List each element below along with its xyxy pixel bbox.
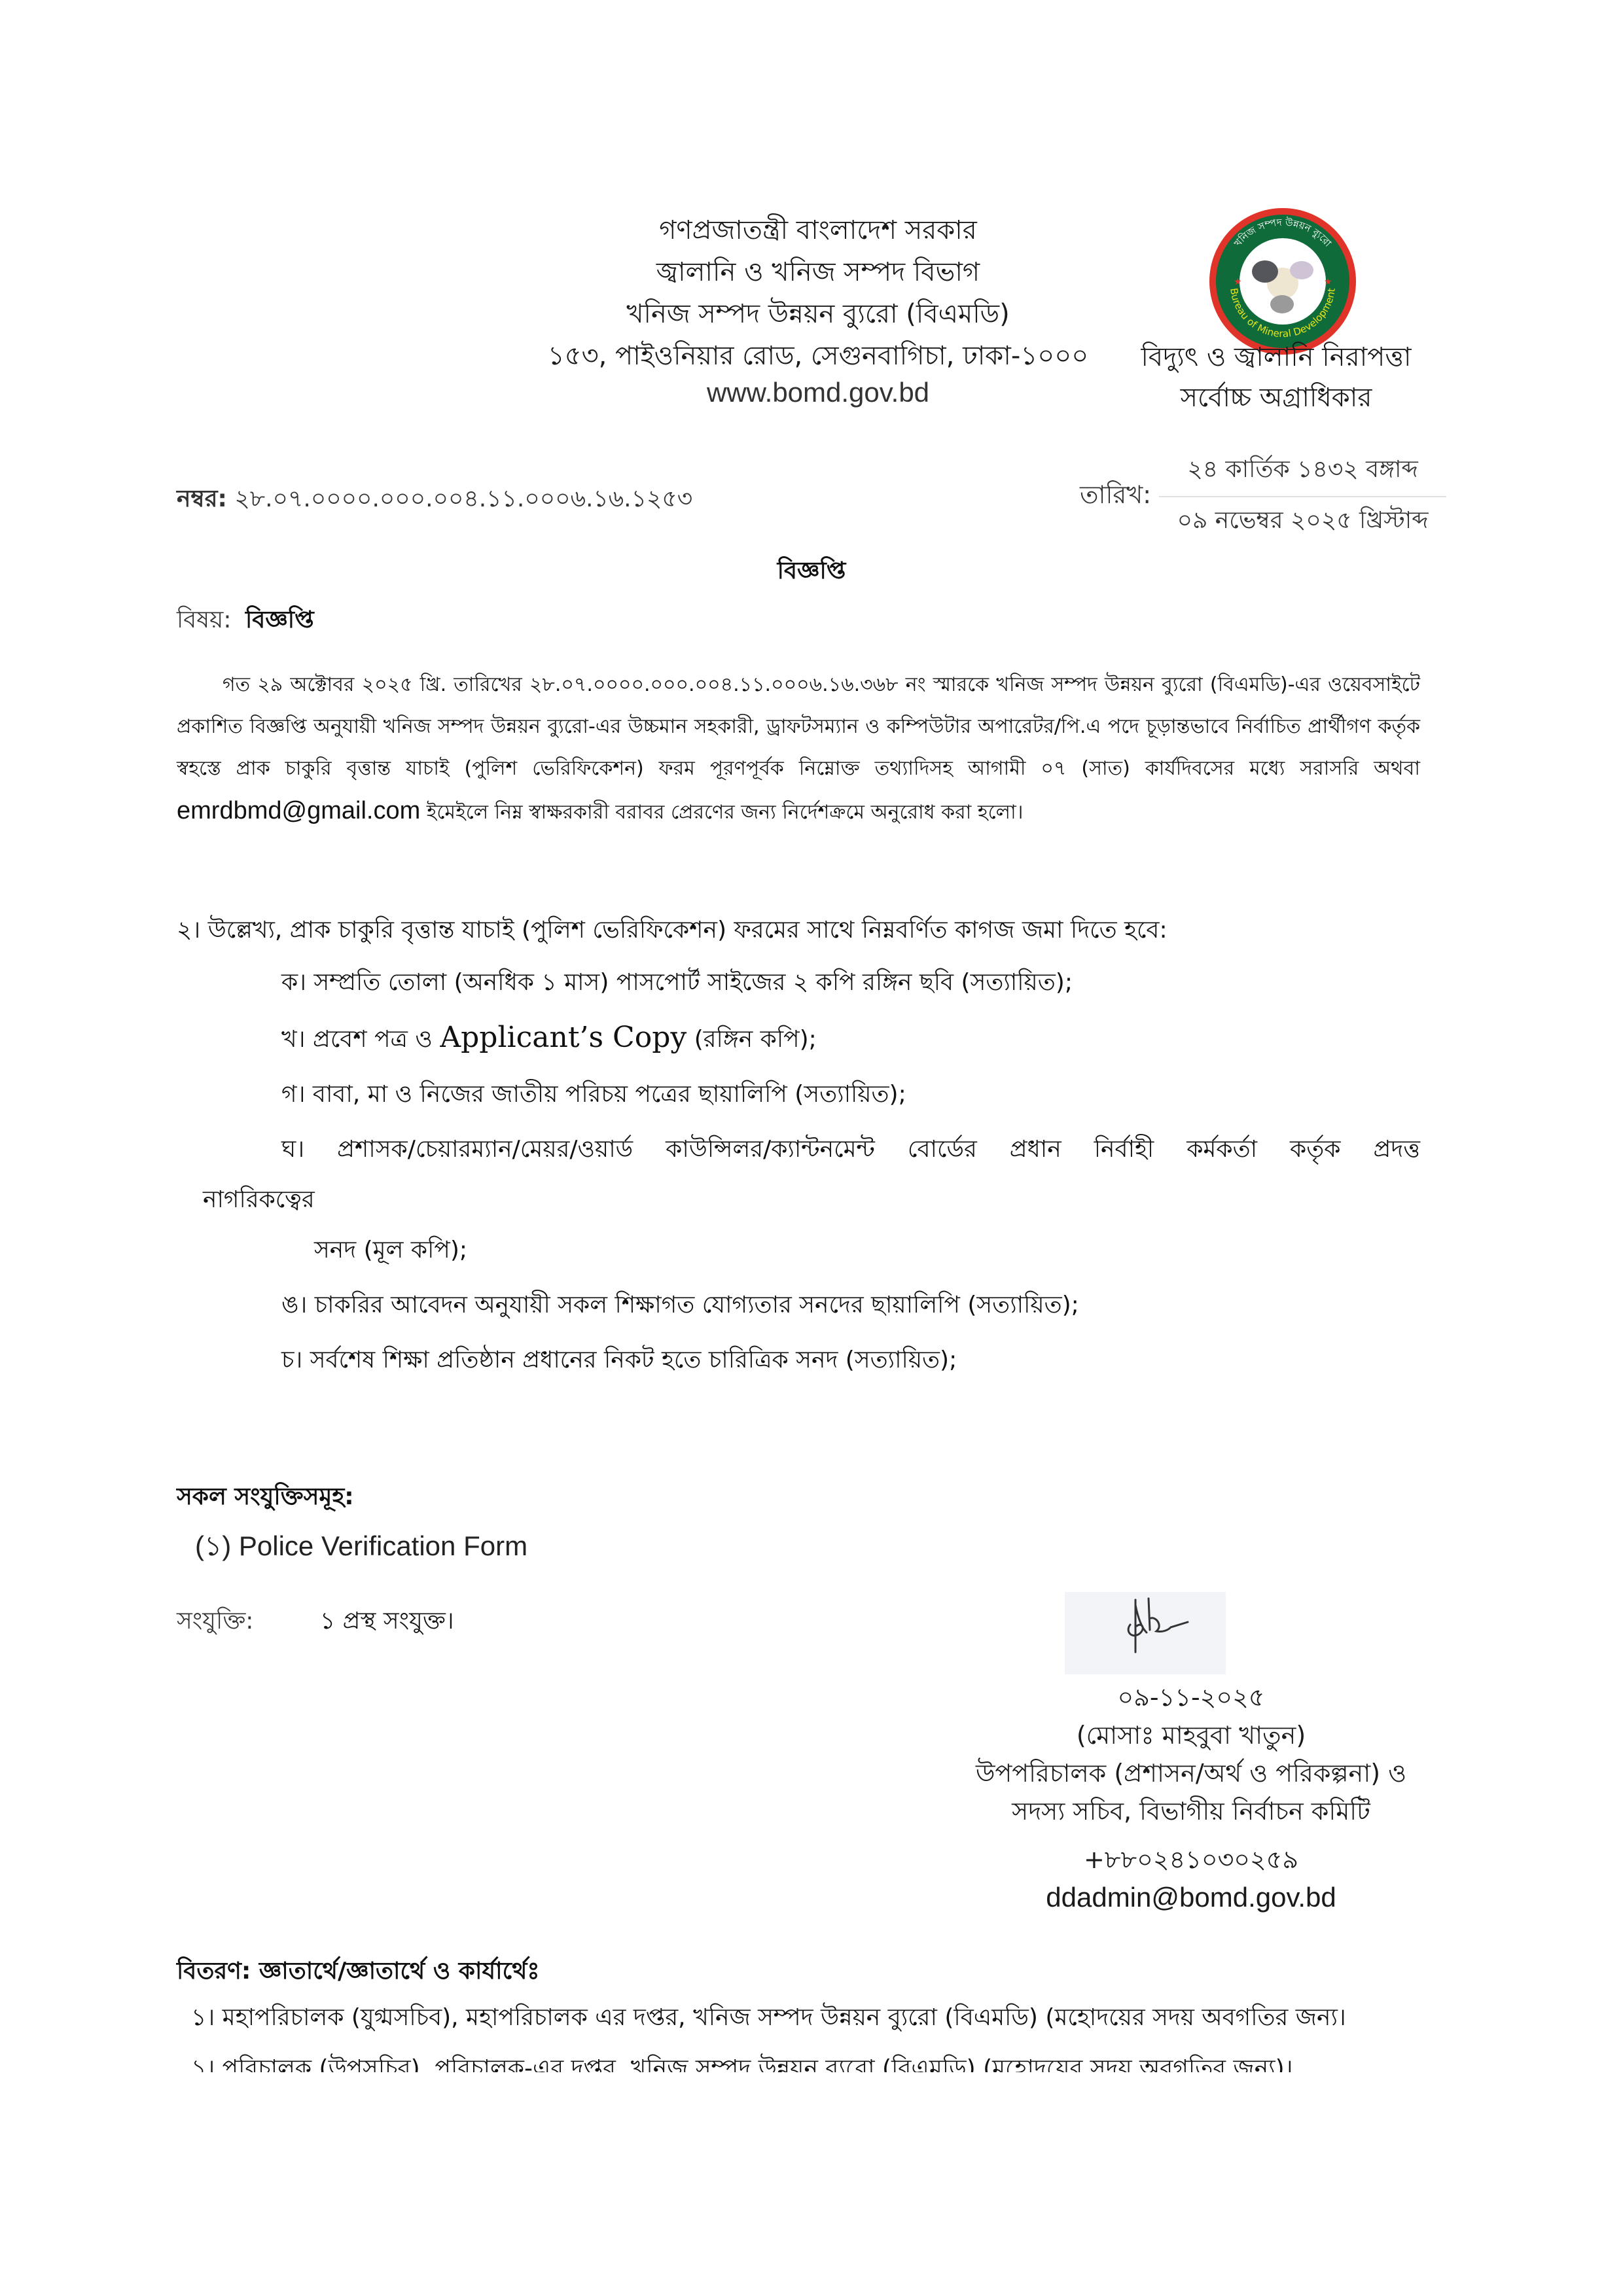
memo-number: নম্বর: ২৮.০৭.০০০০.০০০.০০৪.১১.০০০৬.১৬.১২৫… [177, 481, 692, 520]
list-item-continued: সনদ (মূল কপি); [177, 1223, 1420, 1278]
signature-date: ০৯-১১-২০২৫ [942, 1678, 1440, 1716]
distribution-item: ১। মহাপরিচালক (যুগ্মসচিব), মহাপরিচালক এর… [177, 1992, 1420, 2043]
date-gregorian: ০৯ নভেম্বর ২০২৫ খ্রিস্টাব্দ [1159, 503, 1446, 542]
signature-block: ০৯-১১-২০২৫ (মোসাঃ মাহবুবা খাতুন) উপপরিচা… [942, 1678, 1440, 1916]
list-item: ঙ। চাকরির আবেদন অনুযায়ী সকল শিক্ষাগত যো… [177, 1278, 1420, 1333]
distribution-item: ১। পরিচালক (উপসচিব), পরিচালক-এর দপ্তর, খ… [177, 2043, 1420, 2072]
distribution-heading: বিতরণ: জ্ঞাতার্থে/জ্ঞাতার্থে ও কার্যার্থ… [177, 1953, 1420, 1992]
signature-image [1065, 1592, 1226, 1674]
memo-value: ২৮.০৭.০০০০.০০০.০০৪.১১.০০০৬.১৬.১২৫৩ [234, 486, 692, 512]
subject-value: বিজ্ঞপ্তি [245, 607, 314, 633]
signatory-phone: +৮৮০২৪১০৩০২৫৯ [942, 1841, 1440, 1879]
notice-title: বিজ্ঞপ্তি [654, 553, 969, 592]
signatory-email-link[interactable]: ddadmin@bomd.gov.bd [942, 1879, 1440, 1916]
signature-icon [1065, 1592, 1226, 1674]
letterhead: গণপ্রজাতন্ত্রী বাংলাদেশ সরকার জ্বালানি ও… [510, 209, 1126, 408]
address: ১৫৩, পাইওনিয়ার রোড, সেগুনবাগিচা, ঢাকা-১… [510, 335, 1126, 377]
date-label: তারিখ: [1080, 476, 1151, 518]
date-divider [1159, 496, 1446, 497]
svg-text:★: ★ [1234, 277, 1242, 287]
website-link[interactable]: www.bomd.gov.bd [510, 377, 1126, 408]
date-bangla: ২৪ কার্তিক ১৪৩২ বঙ্গাব্দ [1159, 451, 1446, 491]
tagline-line1: বিদ্যুৎ ও জ্বালানি নিরাপত্তা [1113, 337, 1440, 378]
list-item-continued: নাগরিকত্বের [177, 1177, 1420, 1223]
body-paragraph-2: ২। উল্লেখ্য, প্রাক চাকুরি বৃত্তান্ত যাচা… [177, 903, 1168, 958]
attachments-section: সকল সংযুক্তিসমূহ: (১) Police Verificatio… [177, 1479, 527, 1571]
subject-label: বিষয়: [177, 607, 232, 633]
subject-line: বিষয়: বিজ্ঞপ্তি [177, 602, 314, 641]
tagline-line2: সর্বোচ্চ অগ্রাধিকার [1113, 378, 1440, 418]
distribution-section: বিতরণ: জ্ঞাতার্থে/জ্ঞাতার্থে ও কার্যার্থ… [177, 1953, 1420, 2072]
bmd-logo: ★ ★ Bureau of Mineral Development খনিজ স… [1207, 206, 1358, 357]
list-item: খ। প্রবেশ পত্র ও Applicant’s Copy (রঙ্গি… [177, 1010, 1420, 1067]
signatory-designation: উপপরিচালক (প্রশাসন/অর্থ ও পরিকল্পনা) ও [942, 1754, 1440, 1792]
date-block: তারিখ: ২৪ কার্তিক ১৪৩২ বঙ্গাব্দ ০৯ নভেম্… [1080, 451, 1446, 542]
list-item: চ। সর্বশেষ শিক্ষা প্রতিষ্ঠান প্রধানের নি… [177, 1333, 1420, 1388]
svg-text:★: ★ [1324, 277, 1332, 287]
signatory-committee: সদস্য সচিব, বিভাগীয় নির্বাচন কমিটি [942, 1792, 1440, 1830]
required-documents-list: ক। সম্প্রতি তোলা (অনধিক ১ মাস) পাসপোর্ট … [177, 955, 1420, 1388]
memo-label: নম্বর: [177, 486, 227, 512]
govt-name: গণপ্রজাতন্ত্রী বাংলাদেশ সরকার [510, 209, 1126, 251]
signatory-name: (মোসাঃ মাহবুবা খাতুন) [942, 1716, 1440, 1754]
enclosure-line: সংযুক্তি: ১ প্রস্থ সংযুক্ত। [177, 1603, 454, 1642]
attachments-heading: সকল সংযুক্তিসমূহ: [177, 1479, 527, 1518]
list-item: ঘ। প্রশাসক/চেয়ারম্যান/মেয়র/ওয়ার্ড কাউ… [177, 1122, 1420, 1177]
attachment-link[interactable]: (১) Police Verification Form [195, 1525, 527, 1571]
bmd-emblem-icon: ★ ★ Bureau of Mineral Development খনিজ স… [1207, 206, 1358, 357]
tagline: বিদ্যুৎ ও জ্বালানি নিরাপত্তা সর্বোচ্চ অগ… [1113, 337, 1440, 418]
enclosure-label: সংযুক্তি: [177, 1608, 253, 1634]
bureau-name: খনিজ সম্পদ উন্নয়ন ব্যুরো (বিএমডি) [510, 293, 1126, 335]
body-paragraph-1: গত ২৯ অক্টোবর ২০২৫ খ্রি. তারিখের ২৮.০৭.০… [177, 664, 1420, 834]
list-item: ক। সম্প্রতি তোলা (অনধিক ১ মাস) পাসপোর্ট … [177, 955, 1420, 1010]
list-item: গ। বাবা, মা ও নিজের জাতীয় পরিচয় পত্রের… [177, 1067, 1420, 1122]
division-name: জ্বালানি ও খনিজ সম্পদ বিভাগ [510, 251, 1126, 293]
contact-email-link[interactable]: emrdbmd@gmail.com [177, 797, 420, 824]
enclosure-value: ১ প্রস্থ সংযুক্ত। [320, 1608, 454, 1634]
